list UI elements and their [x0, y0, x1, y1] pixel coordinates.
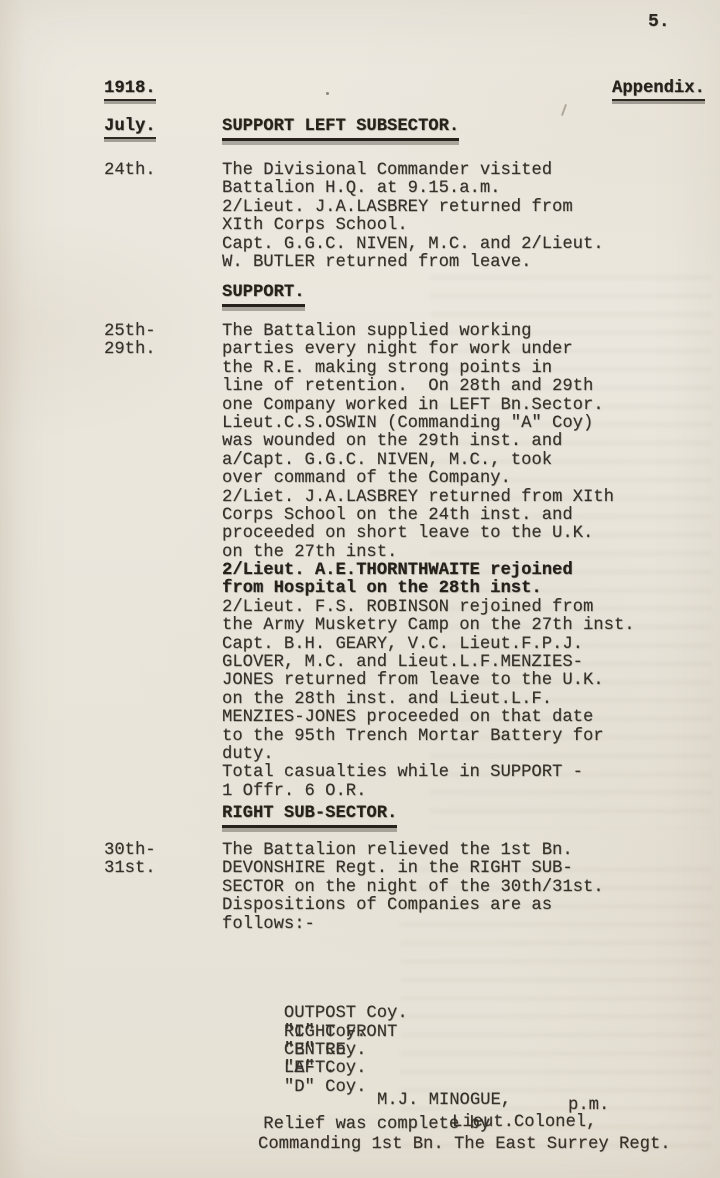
diary-line: duty. [222, 746, 635, 764]
diary-line: Lieut.C.S.OSWIN (Commanding "A" Coy) [222, 415, 635, 433]
disposition-position: OUTPOST Coy. [284, 1005, 430, 1023]
diary-line: line of retention. On 28th and 29th [222, 378, 635, 396]
diary-line: was wounded on the 29th inst. and [222, 433, 635, 451]
diary-line: Capt. B.H. GEARY, V.C. Lieut.F.P.J. [222, 636, 635, 654]
diary-line: MENZIES-JONES proceeded on that date [222, 709, 635, 727]
diary-line: proceeded on short leave to the U.K. [222, 525, 635, 543]
diary-line: over command of the Company. [222, 470, 635, 488]
diary-line: to the 95th Trench Mortar Battery for [222, 728, 635, 746]
diary-line: the R.E. making strong points in [222, 360, 635, 378]
diary-line: 2/Lieut. J.A.LASBREY returned from [222, 199, 604, 217]
signature-unit: Commanding 1st Bn. The East Surrey Regt. [258, 1136, 671, 1154]
year-label: 1918. [104, 80, 156, 101]
diary-line: a/Capt. G.G.C. NIVEN, M.C., took [222, 452, 635, 470]
diary-line: W. BUTLER returned from leave. [222, 254, 604, 272]
diary-line: 2/Lieut. A.E.THORNTHWAITE rejoined [222, 562, 635, 580]
ink-speck [326, 92, 329, 95]
diary-line: follows:- [222, 916, 604, 934]
disposition-row: OUTPOST Coy. "C" Coy. [222, 987, 490, 1005]
entry-body-24th: The Divisional Commander visitedBattalio… [222, 162, 604, 272]
entry-date-24th: 24th. [104, 162, 156, 180]
entry-date-25th-29th: 25th-29th. [104, 323, 156, 360]
signature-rank: Lieut.Colonel, [452, 1114, 596, 1132]
diary-line: 2/Lieut. F.S. ROBINSON rejoined from [222, 599, 635, 617]
appendix-label: Appendix. [612, 80, 705, 101]
section-heading-support: SUPPORT. [222, 284, 305, 307]
diary-line: one Company worked in LEFT Bn.Sector. [222, 397, 635, 415]
entry-body-30th-31st: The Battalion relieved the 1st Bn.DEVONS… [222, 842, 604, 934]
diary-line: XIth Corps School. [222, 217, 604, 235]
diary-line: JONES returned from leave to the U.K. [222, 672, 635, 690]
diary-line: DEVONSHIRE Regt. in the RIGHT SUB- [222, 860, 604, 878]
entry-date-line: 31st. [104, 860, 156, 878]
section-heading-right-sub-sector: RIGHT SUB-SECTOR. [222, 805, 397, 828]
disposition-position: LEFT. [284, 1060, 430, 1078]
diary-line: Total casualties while in SUPPORT - [222, 764, 635, 782]
diary-line: on the 28th inst. and Lieut.L.F. [222, 691, 635, 709]
entry-date-line: 29th. [104, 341, 156, 359]
disposition-company: "D" Coy. [284, 1078, 367, 1097]
section-heading-support-left-subsector: SUPPORT LEFT SUBSECTOR. [222, 118, 459, 141]
diary-line: 2/Liet. J.A.LASBREY returned from XIth [222, 489, 635, 507]
diary-line: GLOVER, M.C. and Lieut.L.F.MENZIES- [222, 654, 635, 672]
entry-date-line: 24th. [104, 162, 156, 180]
signature-name: M.J. MINOGUE, [377, 1092, 511, 1110]
diary-line: Capt. G.G.C. NIVEN, M.C. and 2/Lieut. [222, 236, 604, 254]
year-text: 1918. [104, 80, 156, 101]
month-text: July. [104, 118, 156, 139]
diary-line: Corps School on the 24th inst. and [222, 507, 635, 525]
disposition-position: RIGHT FRONT [284, 1024, 430, 1042]
dispositions-rows: OUTPOST Coy. "C" Coy. RIGHT FRONT "B" Co… [222, 987, 490, 1061]
entry-body-25th-29th: The Battalion supplied workingparties ev… [222, 323, 635, 801]
diary-line: The Battalion supplied working [222, 323, 635, 341]
diary-line: parties every night for work under [222, 341, 635, 359]
page-number: 5. [648, 13, 670, 31]
diary-line: 1 Offr. 6 O.R. [222, 783, 635, 801]
diary-line: Battalion H.Q. at 9.15.a.m. [222, 180, 604, 198]
appendix-text: Appendix. [612, 80, 705, 101]
diary-line: Dispositions of Companies are as [222, 897, 604, 915]
month-label: July. [104, 118, 156, 139]
entry-date-line: 30th- [104, 842, 156, 860]
diary-line: on the 27th inst. [222, 544, 635, 562]
diary-line: The Battalion relieved the 1st Bn. [222, 842, 604, 860]
diary-line: from Hospital on the 28th inst. [222, 580, 635, 598]
entry-date-30th-31st: 30th-31st. [104, 842, 156, 879]
disposition-position: CENTRE [284, 1042, 430, 1060]
diary-line: SECTOR on the night of the 30th/31st. [222, 879, 604, 897]
diary-line: the Army Musketry Camp on the 27th inst. [222, 617, 635, 635]
entry-date-line: 25th- [104, 323, 156, 341]
diary-line: The Divisional Commander visited [222, 162, 604, 180]
